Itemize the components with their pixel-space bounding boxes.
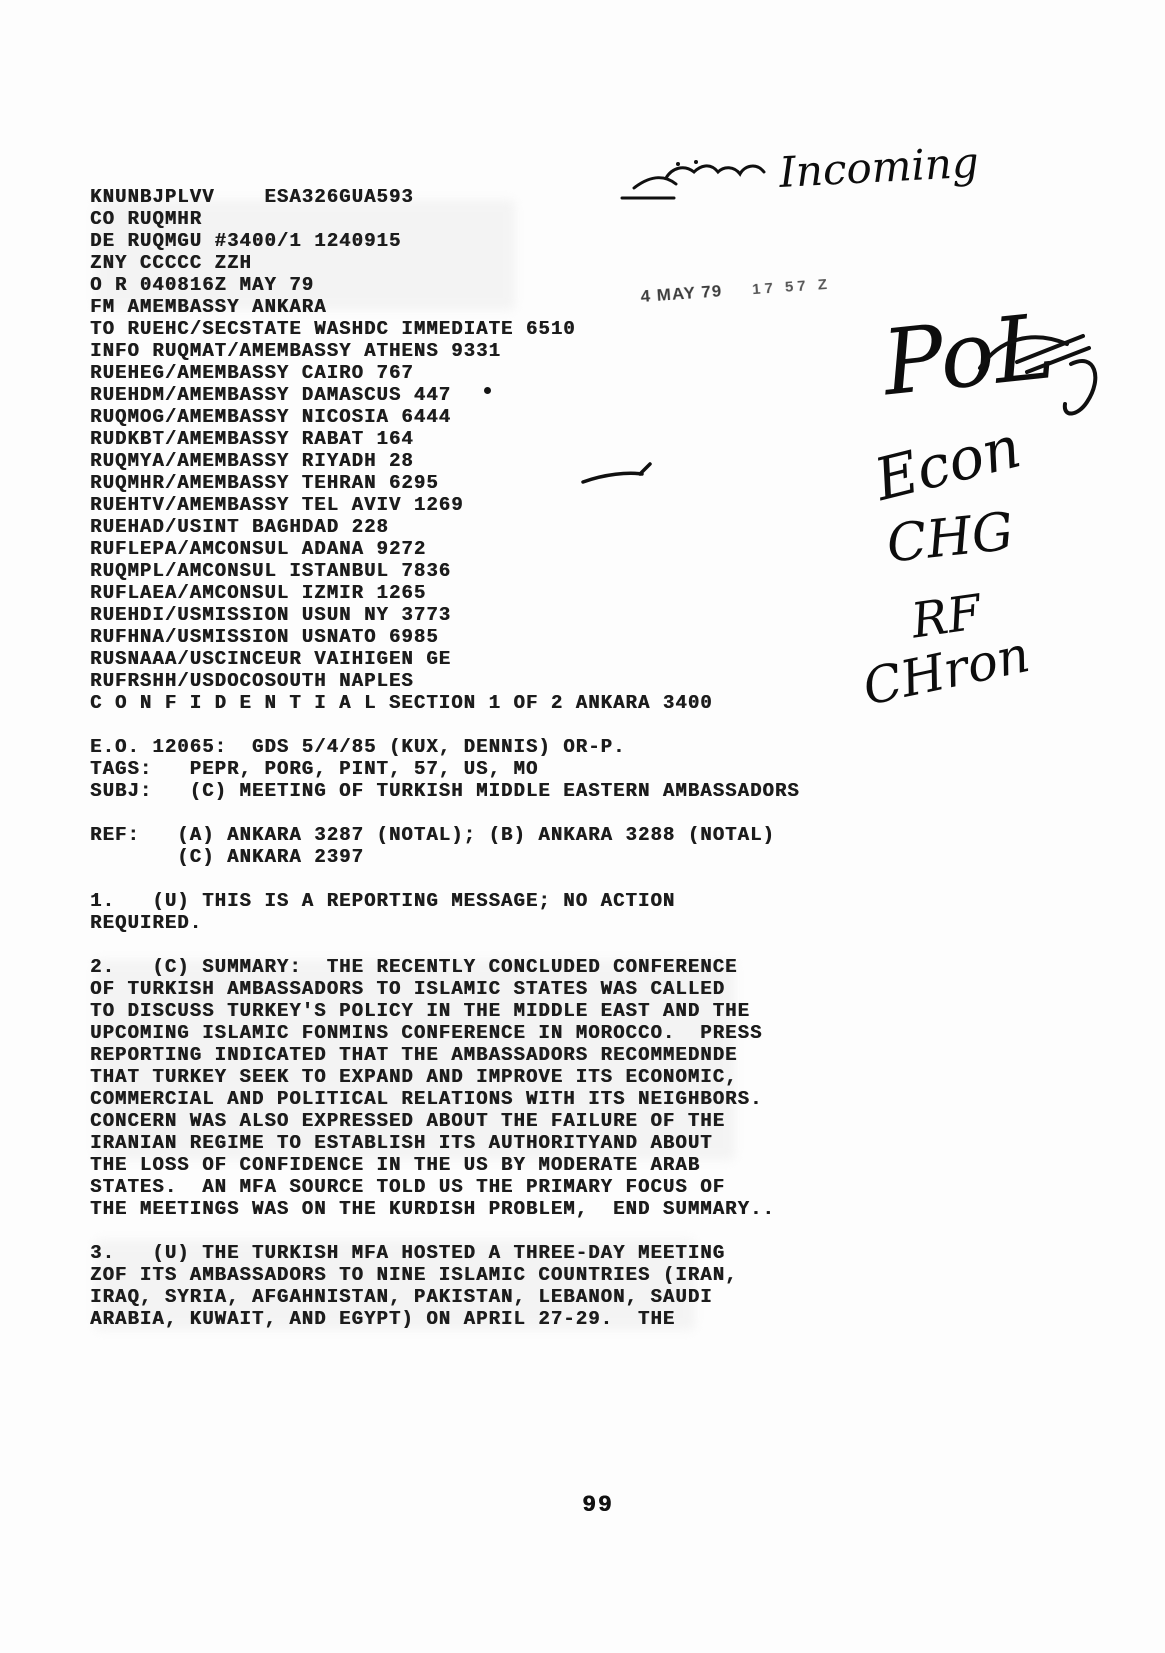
scanned-cable-page: KNUNBJPLVV ESA326GUA593 CO RUQMHR DE RUQ…: [0, 0, 1165, 1653]
routing-annotation-chg: CHG: [884, 502, 1016, 575]
pol-flourish-scribble: [975, 320, 1115, 450]
page-number: 99: [582, 1492, 614, 1518]
tehran-check-mark: [580, 460, 658, 490]
stamp-time: 17 57 Z: [752, 276, 832, 298]
incoming-annotation: Incoming: [778, 138, 980, 197]
ink-dot: [484, 387, 491, 394]
handwritten-scribble: [612, 156, 777, 208]
telegram-body-text: KNUNBJPLVV ESA326GUA593 CO RUQMHR DE RUQ…: [90, 186, 800, 1330]
